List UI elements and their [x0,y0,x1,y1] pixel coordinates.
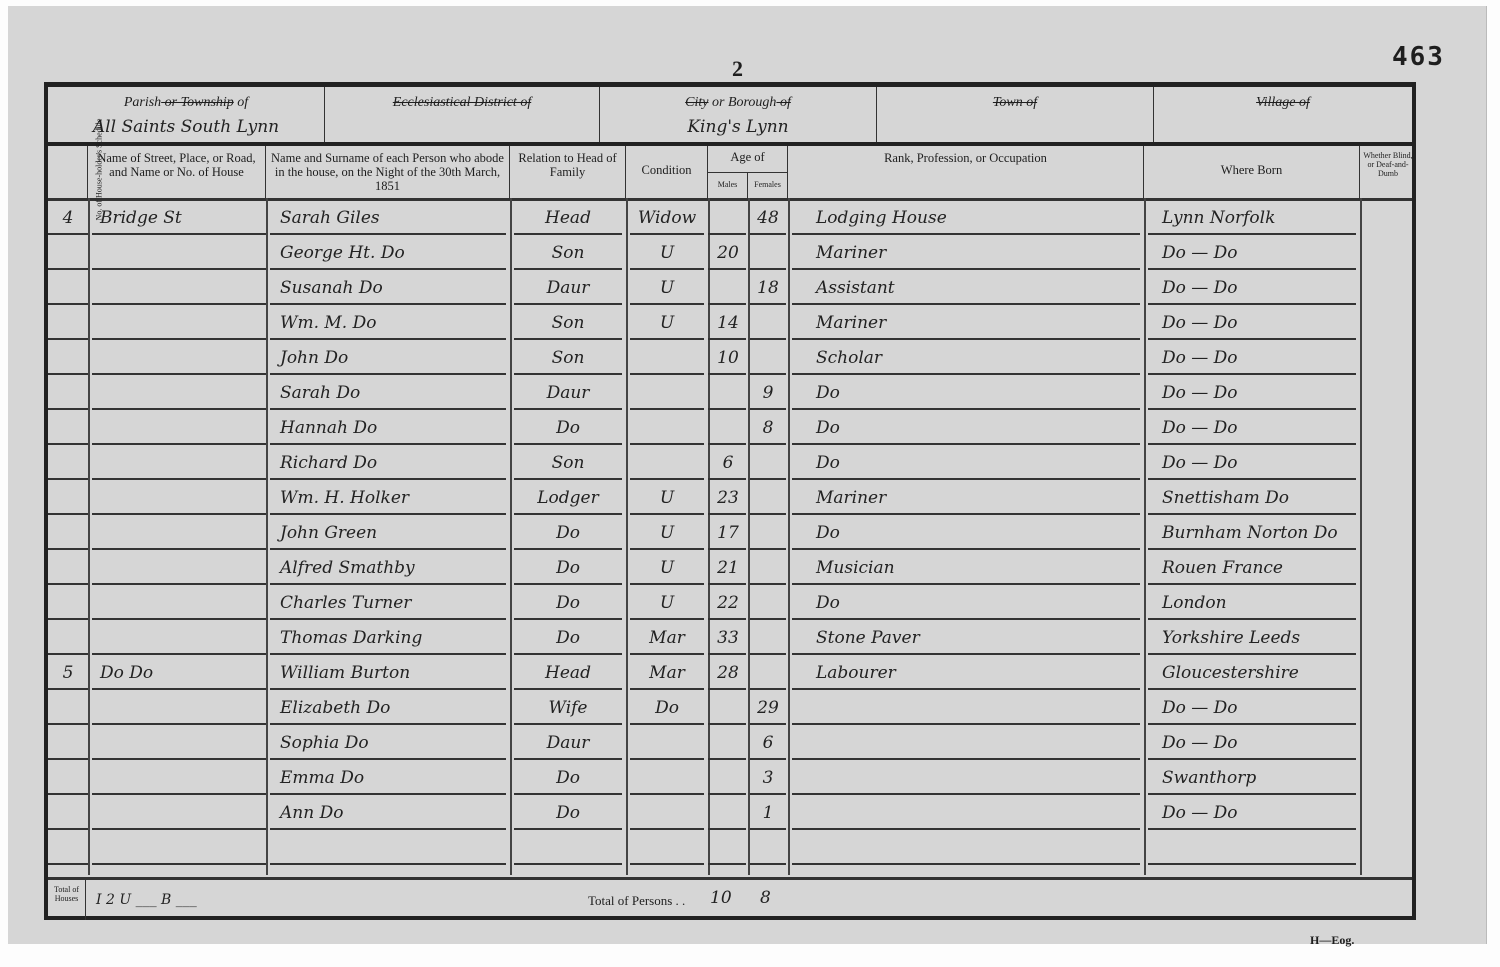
cell-sched [48,726,88,760]
cell-street [92,691,266,725]
cell-rel: Do [510,586,626,620]
cell-occ: Do [808,446,1144,480]
col-name: Name and Surname of each Person who abod… [266,146,510,198]
parish-value: All Saints South Lynn [48,117,324,137]
cell-born: Do — Do [1154,376,1360,410]
table-row: Charles TurnerDoU22DoLondon [48,586,1412,620]
cell-born: Rouen France [1154,551,1360,585]
cell-name: Sophia Do [272,726,510,760]
cell-born: Swanthorp [1154,761,1360,795]
cell-cond [626,796,708,830]
cell-m: 10 [708,341,748,375]
cell-rel: Do [510,516,626,550]
cell-name: George Ht. Do [272,236,510,270]
cell-street [92,306,266,340]
total-houses-value: I 2 U ___ B ___ [96,892,197,908]
cell-occ [808,796,1144,830]
cell-street: Do Do [92,656,266,690]
cell-m: 14 [708,306,748,340]
town-label: Town of [877,95,1153,111]
cell-f [748,236,788,270]
cell-cond [626,341,708,375]
cell-sched [48,411,88,445]
cell-born: London [1154,586,1360,620]
cell-f: 29 [748,691,788,725]
cell-rel: Do [510,411,626,445]
table-row: Alfred SmathbyDoU21MusicianRouen France [48,551,1412,585]
cell-name: Thomas Darking [272,621,510,655]
cell-f [748,621,788,655]
totals-row: Total of Houses I 2 U ___ B ___ Total of… [48,877,1412,920]
cell-born: Do — Do [1154,446,1360,480]
cell-cond [626,761,708,795]
cell-born: Do — Do [1154,411,1360,445]
cell-born: Do — Do [1154,236,1360,270]
cell-street [92,236,266,270]
cell-rel: Do [510,551,626,585]
cell-street [92,831,266,865]
cell-sched [48,271,88,305]
cell-cond: U [626,271,708,305]
cell-rel: Do [510,796,626,830]
column-headers: No. of House-holder's Schedule Name of S… [48,146,1412,201]
cell-sched [48,621,88,655]
cell-sched: 4 [48,201,88,235]
cell-m [708,411,748,445]
table-row: Susanah DoDaurU18AssistantDo — Do [48,271,1412,305]
archive-stamp: H—Eog. [1310,933,1354,948]
cell-m: 6 [708,446,748,480]
cell-m [708,691,748,725]
cell-occ: Stone Paver [808,621,1144,655]
cell-rel: Do [510,761,626,795]
ecclesiastical-cell: Ecclesiastical District of [325,87,600,142]
cell-street [92,376,266,410]
cell-m: 22 [708,586,748,620]
cell-sched [48,586,88,620]
table-row: Wm. H. HolkerLodgerU23MarinerSnettisham … [48,481,1412,515]
cell-cond: Mar [626,621,708,655]
cell-cond: U [626,586,708,620]
cell-m [708,376,748,410]
total-females: 8 [760,888,771,908]
cell-rel: Son [510,341,626,375]
cell-street [92,446,266,480]
parish-cell: Parish or Township of All Saints South L… [48,87,325,142]
cell-occ: Lodging House [808,201,1144,235]
table-row: Sophia DoDaur6Do — Do [48,726,1412,760]
cell-name: Ann Do [272,796,510,830]
cell-occ [808,831,1144,865]
cell-born: Snettisham Do [1154,481,1360,515]
cell-f [748,306,788,340]
cell-cond: Mar [626,656,708,690]
borough-cell: City or Borough of King's Lynn [600,87,877,142]
cell-sched [48,306,88,340]
cell-occ: Do [808,586,1144,620]
cell-name: Emma Do [272,761,510,795]
ecclesiastical-label: Ecclesiastical District of [325,95,599,111]
table-row: John DoSon10ScholarDo — Do [48,341,1412,375]
cell-street [92,411,266,445]
cell-born [1154,831,1360,865]
cell-cond: U [626,516,708,550]
cell-street [92,726,266,760]
census-form: Parish or Township of All Saints South L… [44,82,1416,920]
cell-sched [48,761,88,795]
cell-street [92,551,266,585]
cell-occ: Assistant [808,271,1144,305]
cell-cond [626,726,708,760]
cell-street [92,341,266,375]
cell-cond [626,411,708,445]
cell-f [748,516,788,550]
village-cell: Village of [1154,87,1412,142]
cell-name: Wm. M. Do [272,306,510,340]
cell-rel: Wife [510,691,626,725]
cell-cond: Do [626,691,708,725]
cell-m [708,796,748,830]
cell-occ [808,761,1144,795]
col-condition: Condition [626,146,708,198]
cell-born: Yorkshire Leeds [1154,621,1360,655]
cell-occ: Do [808,376,1144,410]
cell-f [748,551,788,585]
table-row: John GreenDoU17DoBurnham Norton Do [48,516,1412,550]
cell-m: 33 [708,621,748,655]
cell-occ: Labourer [808,656,1144,690]
cell-occ: Scholar [808,341,1144,375]
cell-born: Burnham Norton Do [1154,516,1360,550]
parish-label: Parish or Township of [48,95,324,111]
cell-m [708,761,748,795]
cell-m: 28 [708,656,748,690]
cell-sched [48,831,88,865]
cell-f [748,586,788,620]
cell-born: Do — Do [1154,726,1360,760]
cell-f: 3 [748,761,788,795]
cell-rel: Head [510,656,626,690]
cell-m: 17 [708,516,748,550]
cell-occ: Mariner [808,236,1144,270]
table-row: Ann DoDo1Do — Do [48,796,1412,830]
total-males: 10 [710,888,732,908]
cell-name: Hannah Do [272,411,510,445]
cell-name: William Burton [272,656,510,690]
cell-sched [48,481,88,515]
cell-sched: 5 [48,656,88,690]
cell-cond [626,446,708,480]
cell-occ [808,691,1144,725]
cell-name: Wm. H. Holker [272,481,510,515]
cell-cond: Widow [626,201,708,235]
cell-name [272,831,510,865]
cell-f: 18 [748,271,788,305]
cell-f [748,446,788,480]
cell-street [92,271,266,305]
cell-occ: Mariner [808,306,1144,340]
cell-name: Richard Do [272,446,510,480]
cell-rel: Do [510,621,626,655]
cell-rel: Son [510,236,626,270]
cell-occ: Musician [808,551,1144,585]
cell-cond: U [626,551,708,585]
cell-cond: U [626,236,708,270]
cell-name: Sarah Do [272,376,510,410]
cell-rel: Daur [510,726,626,760]
col-street: Name of Street, Place, or Road, and Name… [88,146,266,198]
cell-cond [626,376,708,410]
col-born: Where Born [1144,146,1360,198]
cell-occ: Do [808,516,1144,550]
total-persons-label: Total of Persons . . [588,893,685,909]
cell-sched [48,796,88,830]
cell-f: 6 [748,726,788,760]
cell-born: Do — Do [1154,796,1360,830]
cell-m: 23 [708,481,748,515]
cell-m [708,726,748,760]
table-row: Hannah DoDo8DoDo — Do [48,411,1412,445]
cell-f: 1 [748,796,788,830]
cell-born: Do — Do [1154,691,1360,725]
cell-cond: U [626,306,708,340]
cell-name: Alfred Smathby [272,551,510,585]
cell-f [748,831,788,865]
cell-sched [48,691,88,725]
males-label: Males [708,173,748,199]
cell-cond: U [626,481,708,515]
cell-rel [510,831,626,865]
cell-rel: Daur [510,376,626,410]
table-row: 4Bridge StSarah GilesHeadWidow48Lodging … [48,201,1412,235]
cell-sched [48,551,88,585]
cell-f: 48 [748,201,788,235]
table-row: George Ht. DoSonU20MarinerDo — Do [48,236,1412,270]
cell-sched [48,516,88,550]
cell-rel: Head [510,201,626,235]
cell-name: Susanah Do [272,271,510,305]
cell-f [748,481,788,515]
cell-m [708,831,748,865]
col-blind: Whether Blind, or Deaf-and-Dumb [1360,146,1416,198]
table-row: Wm. M. DoSonU14MarinerDo — Do [48,306,1412,340]
table-row: Emma DoDo3Swanthorp [48,761,1412,795]
cell-rel: Daur [510,271,626,305]
cell-occ [808,726,1144,760]
borough-value: King's Lynn [600,117,876,137]
cell-rel: Lodger [510,481,626,515]
cell-sched [48,341,88,375]
cell-born: Gloucestershire [1154,656,1360,690]
cell-m: 20 [708,236,748,270]
females-label: Females [748,173,787,199]
page-number: 2 [732,56,743,82]
table-row: 5Do DoWilliam BurtonHeadMar28LabourerGlo… [48,656,1412,690]
cell-f [748,656,788,690]
location-header: Parish or Township of All Saints South L… [48,87,1412,146]
cell-name: Sarah Giles [272,201,510,235]
cell-street [92,586,266,620]
cell-occ: Do [808,411,1144,445]
table-row: Richard DoSon6DoDo — Do [48,446,1412,480]
cell-m [708,201,748,235]
age-label: Age of [708,150,787,164]
cell-f: 8 [748,411,788,445]
town-cell: Town of [877,87,1154,142]
table-row: Sarah DoDaur9DoDo — Do [48,376,1412,410]
col-age: Age of Males Females [708,146,788,198]
total-houses-label: Total of Houses [48,880,86,920]
col-schedule: No. of House-holder's Schedule [48,146,88,198]
cell-cond [626,831,708,865]
cell-name: Charles Turner [272,586,510,620]
table-row: Thomas DarkingDoMar33Stone PaverYorkshir… [48,621,1412,655]
cell-f: 9 [748,376,788,410]
cell-sched [48,376,88,410]
cell-rel: Son [510,306,626,340]
cell-name: John Do [272,341,510,375]
cell-street [92,516,266,550]
cell-rel: Son [510,446,626,480]
cell-born: Do — Do [1154,341,1360,375]
cell-street [92,761,266,795]
cell-f [748,341,788,375]
village-label: Village of [1154,95,1412,111]
cell-born: Do — Do [1154,271,1360,305]
cell-born: Do — Do [1154,306,1360,340]
cell-street [92,481,266,515]
cell-occ: Mariner [808,481,1144,515]
cell-m: 21 [708,551,748,585]
col-relation: Relation to Head of Family [510,146,626,198]
cell-name: John Green [272,516,510,550]
cell-street [92,621,266,655]
borough-label: City or Borough of [600,95,876,111]
col-occupation: Rank, Profession, or Occupation [788,146,1144,198]
cell-m [708,271,748,305]
table-row [48,831,1412,865]
cell-street [92,796,266,830]
cell-street: Bridge St [92,201,266,235]
cell-sched [48,446,88,480]
cell-name: Elizabeth Do [272,691,510,725]
cell-born: Lynn Norfolk [1154,201,1360,235]
folio-number: 463 [1392,42,1445,72]
cell-sched [48,236,88,270]
table-row: Elizabeth DoWifeDo29Do — Do [48,691,1412,725]
